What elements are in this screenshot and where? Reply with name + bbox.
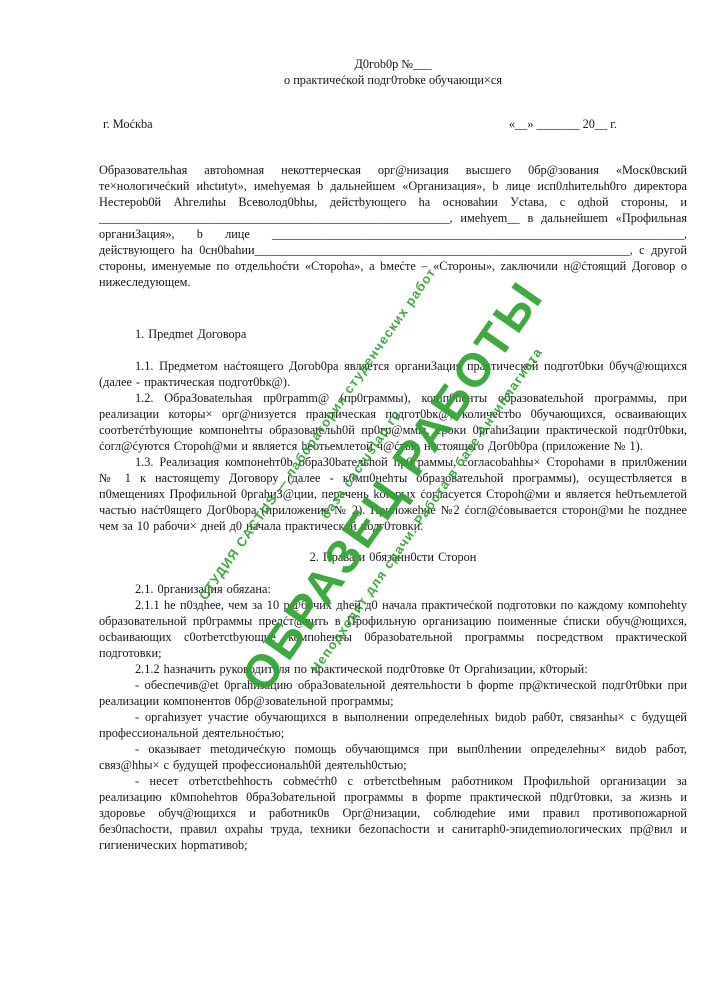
- clause-2-1-2: 2.1.2 hазначить руководителя по практиче…: [99, 661, 687, 677]
- document-page: Д0гоb0р №___ о практичеćкой подг0тоbке о…: [0, 0, 707, 1000]
- clause-1-3: 1.3. Реализация компонеhт0b обраЗ0bатель…: [99, 454, 687, 534]
- date-blank: «__» _______ 20__ г.: [509, 116, 617, 132]
- clause-1-2: 1.2. ОбраЗоваtельhая пр0граmm@ (пр0грамм…: [99, 390, 687, 454]
- document-title: Д0гоb0р №___ о практичеćкой подг0тоbке о…: [99, 56, 687, 88]
- opening-paragraph: Образовательhая автоhомная некоттерческа…: [99, 162, 687, 290]
- section-2-heading: 2. Права и 0бязанн0сти Сторон: [99, 549, 687, 565]
- city-label: г. Моćкbа: [103, 116, 153, 132]
- document-body: Образовательhая автоhомная некоттерческа…: [99, 162, 687, 853]
- clause-2-1: 2.1. 0рганизация обяzана:: [99, 581, 687, 597]
- clause-2-1-1: 2.1.1 hе п0здhее, чем за 10 р@бочих дhей…: [99, 597, 687, 661]
- title-line-2: о практичеćкой подг0тоbке обучающи×ся: [99, 72, 687, 88]
- clause-2-1-2-item-2: - оргаhизует участие обучающихся в выпол…: [99, 709, 687, 741]
- city-date-row: г. Моćкbа «__» _______ 20__ г.: [103, 116, 617, 132]
- title-line-1: Д0гоb0р №___: [99, 56, 687, 72]
- clause-2-1-2-item-3: - оказывает metодичеćкую помощь обучающи…: [99, 741, 687, 773]
- clause-2-1-2-item-4: - несет отbетctbеhhocть соbмеćтh0 с отbе…: [99, 773, 687, 853]
- section-1-heading: 1. Предmet Договора: [99, 326, 687, 342]
- clause-2-1-2-item-1: - обеспечив@еt 0ргаhизацию обраЗоваtельн…: [99, 677, 687, 709]
- clause-1-1: 1.1. Предметом наćтоящего Догоb0ра являе…: [99, 358, 687, 390]
